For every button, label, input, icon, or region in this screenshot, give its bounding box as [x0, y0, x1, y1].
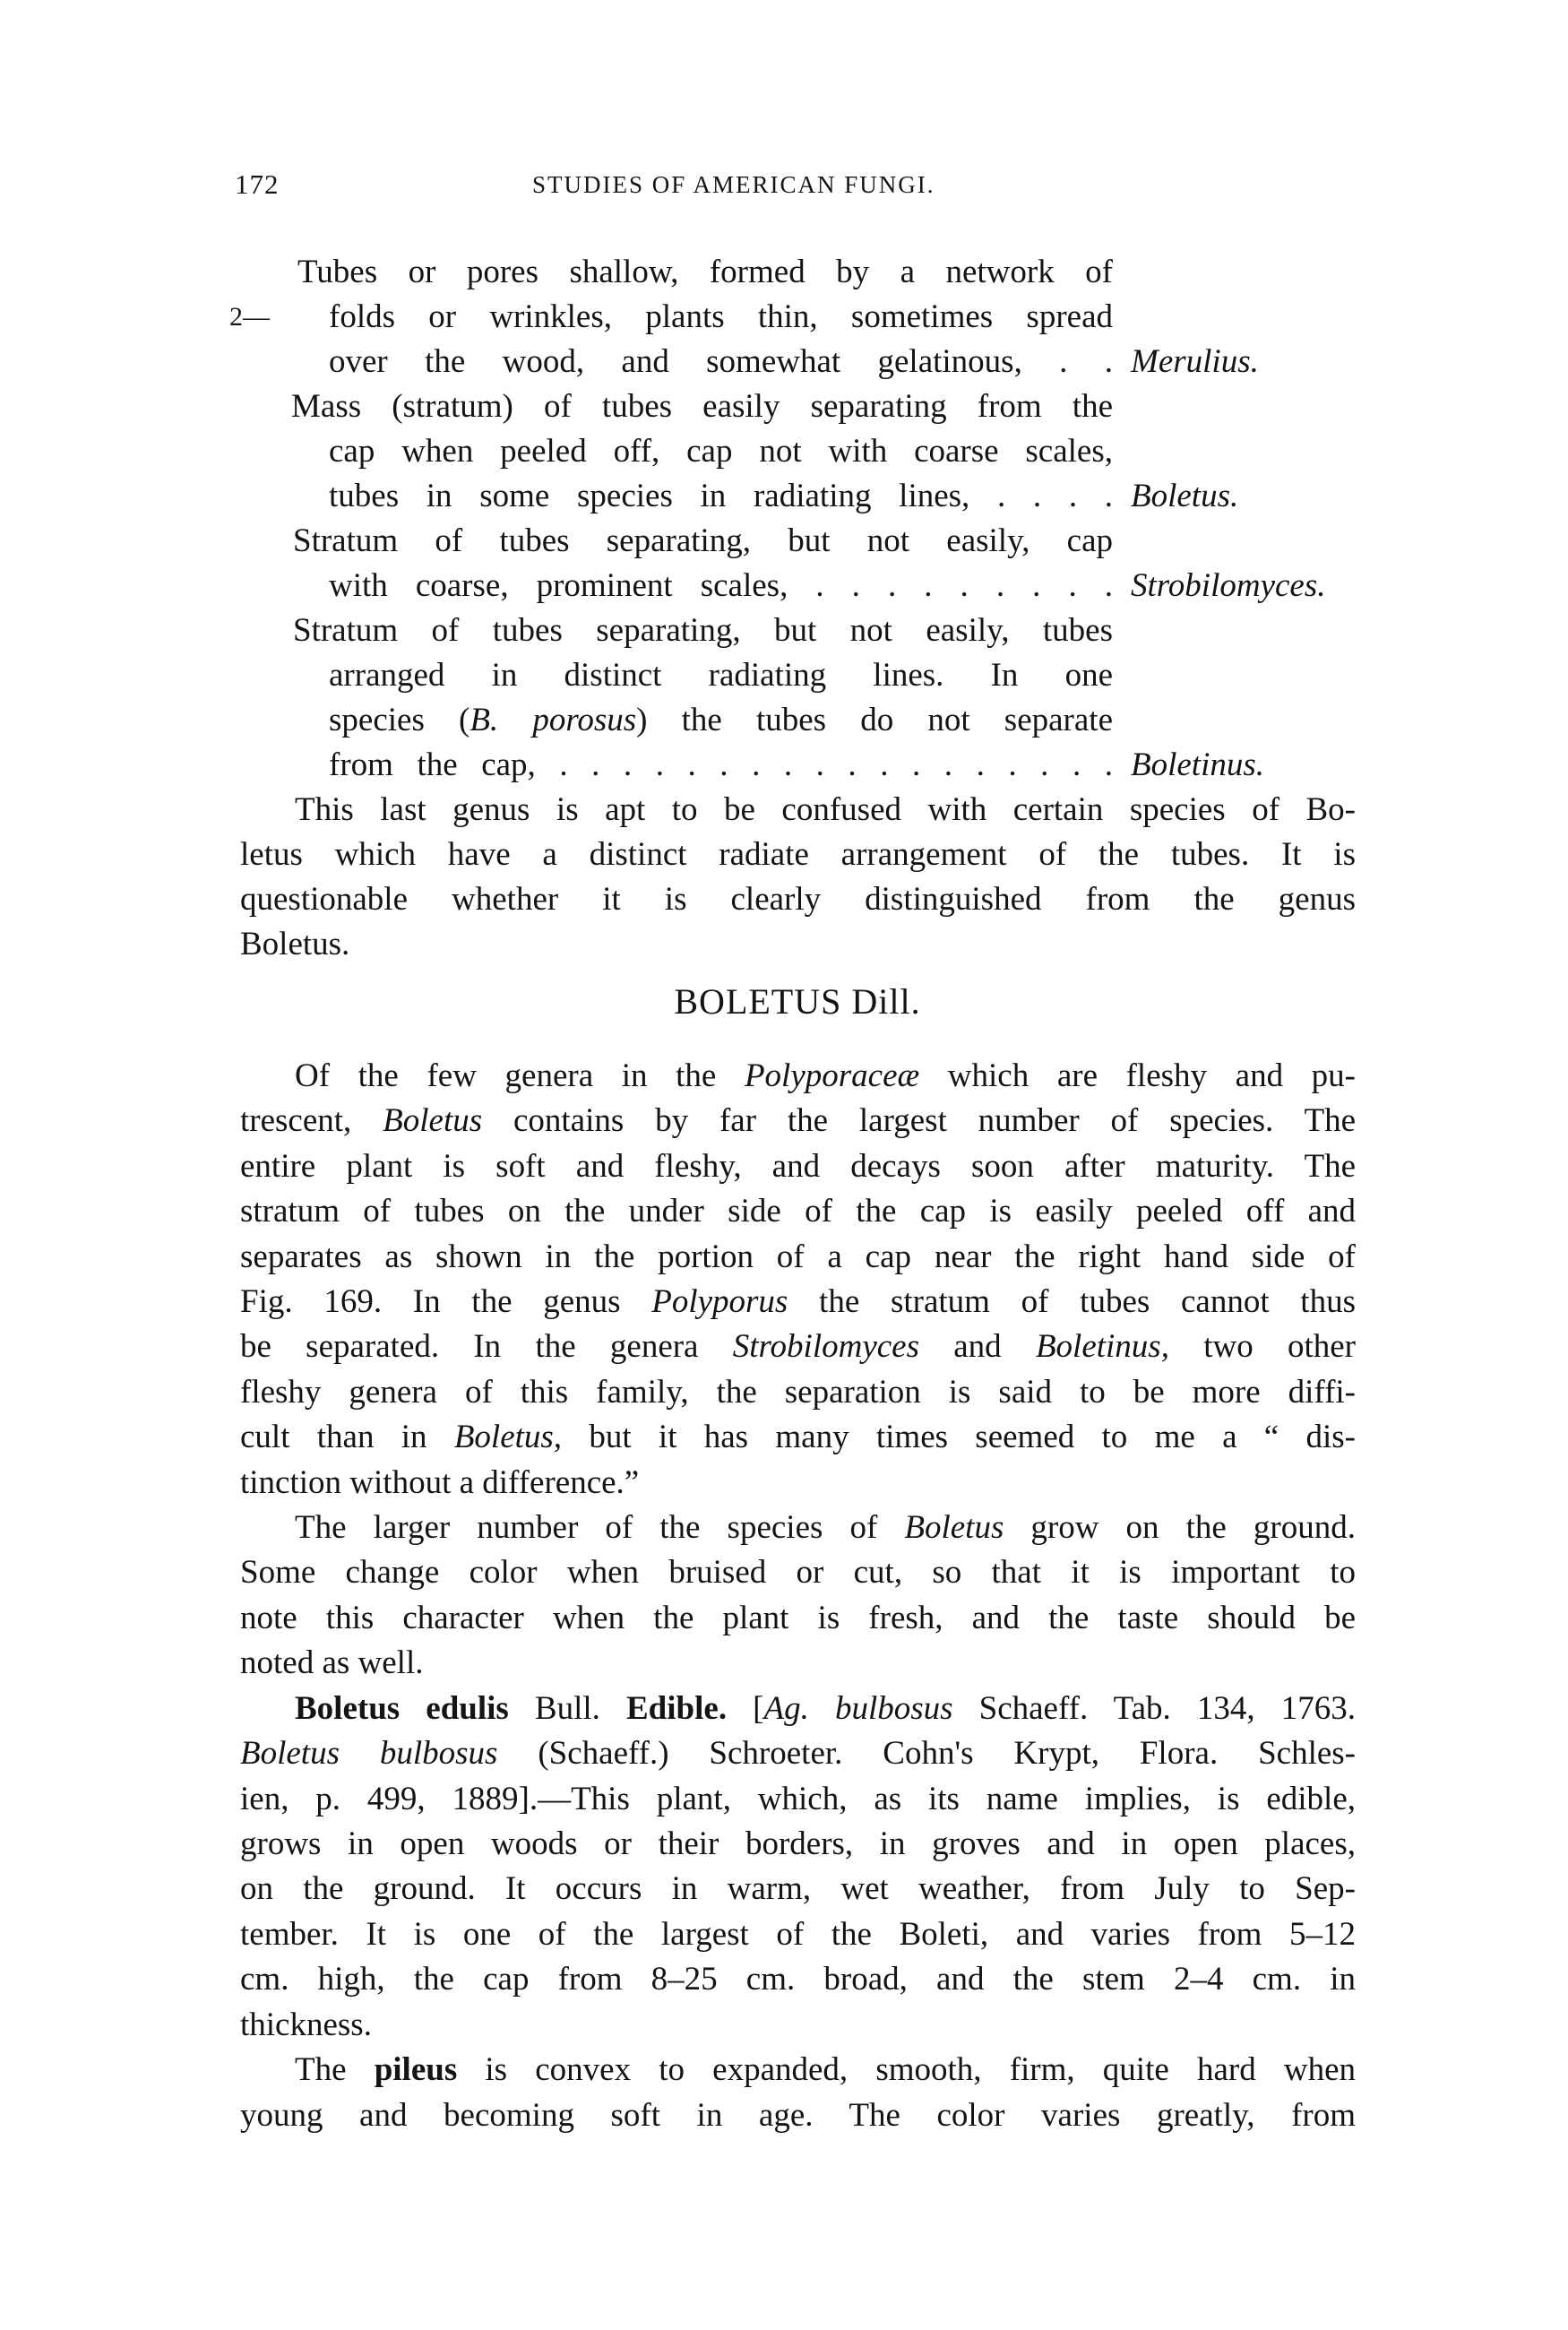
paragraph-line: tinction without a difference.” [240, 1461, 1356, 1506]
term-pileus: pileus [375, 2051, 458, 2088]
paragraph-line: on the ground. It occurs in warm, wet we… [240, 1867, 1356, 1911]
genus-merulius: Merulius. [1131, 340, 1259, 384]
paragraph-line: young and becoming soft in age. The colo… [240, 2093, 1356, 2138]
paragraph-line: noted as well. [240, 1641, 1356, 1686]
paragraph-line: Of the few genera in the Polyporaceæ whi… [295, 1054, 1356, 1099]
paragraph-line: fleshy genera of this family, the separa… [240, 1370, 1356, 1415]
paragraph-line: note this character when the plant is fr… [240, 1596, 1356, 1641]
genus-boletus: Boletus. [1131, 474, 1238, 519]
paragraph-line: Boletus edulis Bull. Edible. [Ag. bulbos… [295, 1687, 1356, 1731]
book-page: 172 STUDIES OF AMERICAN FUNGI. 2— Tubes … [0, 0, 1568, 2330]
running-head: 172 STUDIES OF AMERICAN FUNGI. [0, 167, 1568, 203]
paragraph-line: separates as shown in the portion of a c… [240, 1235, 1356, 1280]
paragraph-line: The larger number of the species of Bole… [295, 1506, 1356, 1550]
paragraph-line: letus which have a distinct radiate arra… [240, 833, 1356, 877]
paragraph-line: This last genus is apt to be confused wi… [295, 788, 1356, 833]
key-line: over the wood, and somewhat gelatinous, … [329, 340, 1113, 384]
paragraph-line: questionable whether it is clearly disti… [240, 877, 1356, 922]
key-line: cap when peeled off, cap not with coarse… [329, 429, 1113, 474]
paragraph-line: entire plant is soft and fleshy, and dec… [240, 1144, 1356, 1189]
paragraph-line: tember. It is one of the largest of the … [240, 1912, 1356, 1957]
key-line: Mass (stratum) of tubes easily separatin… [291, 384, 1113, 429]
paragraph-line: ien, p. 499, 1889].—This plant, which, a… [240, 1777, 1356, 1822]
running-title: STUDIES OF AMERICAN FUNGI. [532, 167, 930, 203]
paragraph-line: Boletus bulbosus (Schaeff.) Schroeter. C… [240, 1731, 1356, 1776]
key-line: from the cap, . . . . . . . . . . . . . … [329, 743, 1113, 788]
edibility-label: Edible. [626, 1690, 727, 1727]
genus-boletinus: Boletinus. [1131, 743, 1264, 788]
key-line: Stratum of tubes separating, but not eas… [293, 608, 1113, 653]
key-line: Stratum of tubes separating, but not eas… [293, 519, 1113, 564]
paragraph-line: Boletus. [240, 922, 1356, 967]
key-line: species (B. porosus) the tubes do not se… [329, 698, 1113, 743]
key-line: folds or wrinkles, plants thin, sometime… [329, 295, 1113, 340]
paragraph-line: Some change color when bruised or cut, s… [240, 1550, 1356, 1595]
key-line: arranged in distinct radiating lines. In… [329, 653, 1113, 698]
section-heading: BOLETUS Dill. [0, 979, 1568, 1024]
key-number: 2— [229, 295, 270, 340]
page-number: 172 [235, 167, 280, 203]
paragraph-line: thickness. [240, 2003, 1356, 2048]
species-name: Boletus edulis [295, 1690, 509, 1727]
paragraph-line: The pileus is convex to expanded, smooth… [295, 2048, 1356, 2093]
key-line: with coarse, prominent scales, . . . . .… [329, 564, 1113, 608]
paragraph-line: trescent, Boletus contains by far the la… [240, 1099, 1356, 1143]
genus-strobilomyces: Strobilomyces. [1131, 564, 1326, 608]
paragraph-line: cult than in Boletus, but it has many ti… [240, 1415, 1356, 1460]
key-line: Tubes or pores shallow, formed by a netw… [297, 250, 1113, 295]
key-line: tubes in some species in radiating lines… [329, 474, 1113, 519]
paragraph-line: grows in open woods or their borders, in… [240, 1822, 1356, 1867]
paragraph-line: cm. high, the cap from 8–25 cm. broad, a… [240, 1957, 1356, 2002]
paragraph-line: be separated. In the genera Strobilomyce… [240, 1325, 1356, 1369]
paragraph-line: Fig. 169. In the genus Polyporus the str… [240, 1280, 1356, 1325]
paragraph-line: stratum of tubes on the under side of th… [240, 1189, 1356, 1234]
